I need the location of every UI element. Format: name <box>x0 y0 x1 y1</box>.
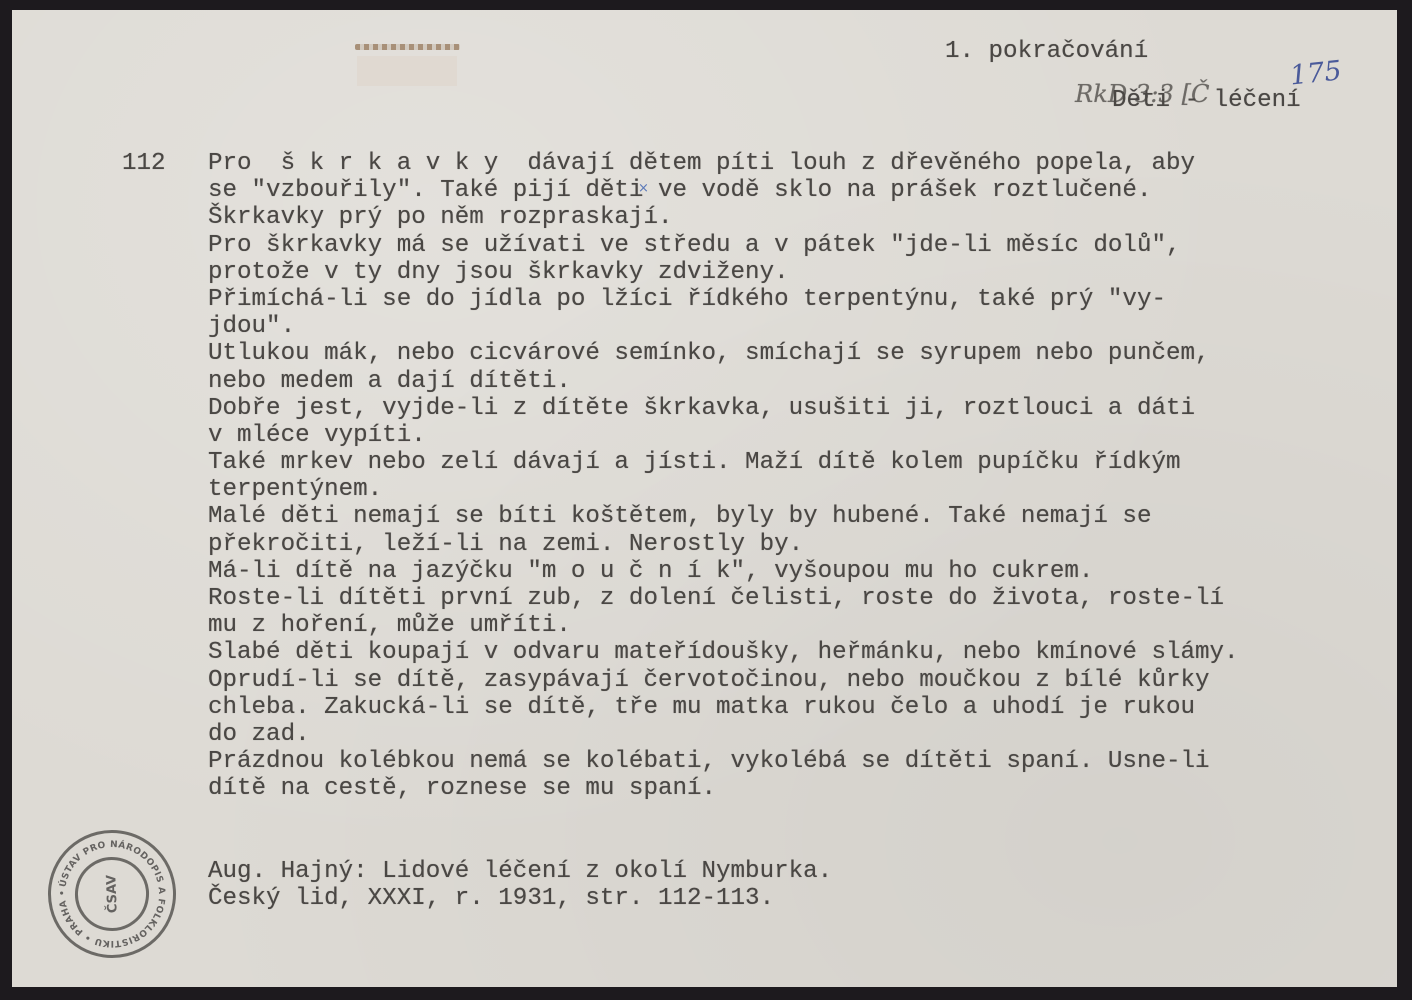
text-line: překročiti, leží-li na zemi. Nerostly by… <box>208 531 1239 558</box>
text-line: mu z hoření, může umříti. <box>208 612 1239 639</box>
text-line: chleba. Zakucká-li se dítě, tře mu matka… <box>208 694 1239 721</box>
faint-stain <box>357 56 457 86</box>
text-line: protože v ty dny jsou škrkavky zdviženy. <box>208 259 1239 286</box>
stamp-inner-ring: ČSAV <box>70 852 154 936</box>
text-line: do zad. <box>208 721 1239 748</box>
faint-ink-mark <box>355 44 460 50</box>
text-line: jdou". <box>208 313 1239 340</box>
text-line: Pro š k r k a v k y dávají dětem píti lo… <box>208 150 1239 177</box>
text-line: Přimíchá-li se do jídla po lžíci řídkého… <box>208 286 1239 313</box>
text-line: Pro škrkavky má se užívati ve středu a v… <box>208 232 1239 259</box>
handwritten-page-number: 175 <box>1289 55 1344 91</box>
insertion-mark-icon: × <box>638 181 649 196</box>
text-line: terpentýnem. <box>208 476 1239 503</box>
text-line: nebo medem a dají dítěti. <box>208 368 1239 395</box>
text-line: dítě na cestě, roznese se mu spaní. <box>208 775 1239 802</box>
stamp-center-text: ČSAV <box>77 859 147 929</box>
text-line: se "vzbouřily". Také pijí děti ve vodě s… <box>208 177 1239 204</box>
text-line: Slabé děti koupají v odvaru mateřídoušky… <box>208 639 1239 666</box>
text-line: Oprudí-li se dítě, zasypávají červotočin… <box>208 667 1239 694</box>
text-line: Také mrkev nebo zelí dávají a jísti. Maž… <box>208 449 1239 476</box>
text-line: Škrkavky prý po něm rozpraskají. <box>208 204 1239 231</box>
text-line: Má-li dítě na jazýčku "m o u č n í k", v… <box>208 558 1239 585</box>
citation-line: Aug. Hajný: Lidové léčení z okolí Nymbur… <box>208 858 832 885</box>
text-line: v mléce vypíti. <box>208 422 1239 449</box>
continuation-label: 1. pokračování <box>945 38 1148 65</box>
subject-heading: Děti - léčení <box>1112 87 1301 114</box>
citation: Aug. Hajný: Lidové léčení z okolí Nymbur… <box>208 858 832 912</box>
citation-line: Český lid, XXXI, r. 1931, str. 112-113. <box>208 885 832 912</box>
text-line: Dobře jest, vyjde-li z dítěte škrkavka, … <box>208 395 1239 422</box>
entry-body: Pro š k r k a v k y dávají dětem píti lo… <box>208 150 1239 803</box>
text-line: Malé děti nemají se bíti koštětem, byly … <box>208 503 1239 530</box>
archive-stamp: ÚSTAV PRO NÁRODOPIS A FOLKLORISTIKU • PR… <box>40 822 185 967</box>
text-line: Utlukou mák, nebo cicvárové semínko, smí… <box>208 340 1239 367</box>
text-line: Prázdnou kolébkou nemá se kolébati, vyko… <box>208 748 1239 775</box>
text-line: Roste-li dítěti první zub, z dolení čeli… <box>208 585 1239 612</box>
entry-number: 112 <box>122 150 166 177</box>
